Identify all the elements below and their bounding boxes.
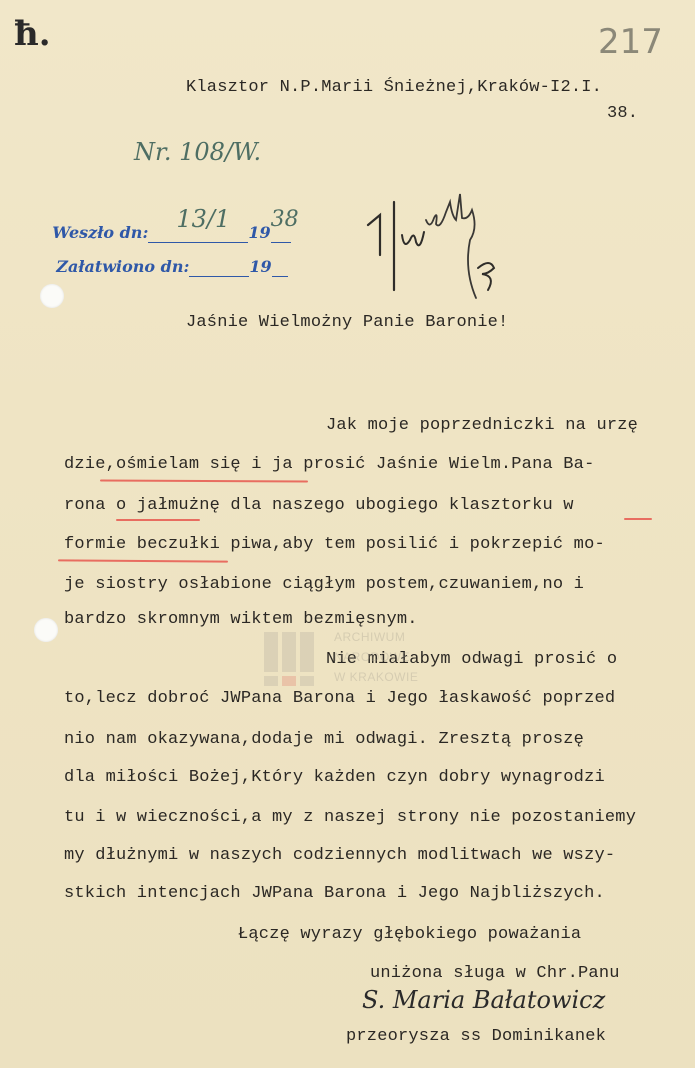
watermark-line1: ARCHIWUM	[334, 630, 405, 644]
red-underline	[58, 559, 228, 562]
received-date: 13/1	[176, 205, 230, 233]
settled-stamp: Załatwiono dn: 19	[34, 238, 288, 296]
watermark-line2: NARODOWE	[334, 650, 410, 664]
sender-line: Klasztor N.P.Marii Śnieżnej,Kraków-I2.I.	[186, 78, 602, 97]
red-underline	[100, 479, 308, 482]
body-line: my dłużnymi w naszych codziennych modlit…	[64, 846, 615, 865]
body-line: tu i w wieczności,a my z naszej strony n…	[64, 808, 636, 827]
archive-mark: ħ.	[14, 14, 51, 54]
body-line: stkich intencjach JWPana Barona i Jego N…	[64, 884, 605, 903]
body-line: Jak moje poprzedniczki na urzę	[326, 416, 638, 435]
registry-number: Nr. 108/W.	[134, 138, 261, 166]
folio-number: 217	[598, 22, 663, 62]
archive-logo-icon	[262, 632, 322, 686]
closing: Łączę wyrazy głębokiego poważania	[238, 925, 581, 944]
punch-hole	[40, 284, 64, 308]
archive-watermark: ARCHIWUM NARODOWE W KRAKOWIE	[262, 626, 442, 690]
signoff: uniżona sługa w Chr.Panu	[370, 964, 620, 983]
body-line: dzie,ośmielam się i ja prosić Jaśnie Wie…	[64, 455, 595, 474]
red-underline	[116, 519, 200, 521]
body-line: je siostry osłabione ciągłym postem,czuw…	[64, 575, 584, 594]
signature: S. Maria Bałatowicz	[362, 986, 605, 1014]
received-year: 38	[271, 207, 299, 232]
red-underline	[624, 518, 652, 520]
body-line: formie beczułki piwa,aby tem posilić i p…	[64, 535, 605, 554]
salutation: Jaśnie Wielmożny Panie Baronie!	[186, 313, 508, 332]
handwritten-annotation	[360, 180, 520, 300]
settled-label: Załatwiono dn:	[56, 257, 189, 276]
settled-year-prefix: 19	[249, 257, 271, 276]
body-line: rona o jałmużnę dla naszego ubogiego kla…	[64, 496, 574, 515]
sender-year: 38.	[607, 104, 638, 123]
punch-hole	[34, 618, 58, 642]
body-line: dla miłości Bożej,Który każden czyn dobr…	[64, 768, 605, 787]
letter-page: ħ. 217 Klasztor N.P.Marii Śnieżnej,Krakó…	[0, 0, 695, 1068]
body-line: to,lecz dobroć JWPana Barona i Jego łask…	[64, 689, 615, 708]
watermark-line3: W KRAKOWIE	[334, 670, 418, 684]
body-line: nio nam okazywana,dodaje mi odwagi. Zres…	[64, 730, 584, 749]
signer-title: przeorysza ss Dominikanek	[346, 1027, 606, 1046]
